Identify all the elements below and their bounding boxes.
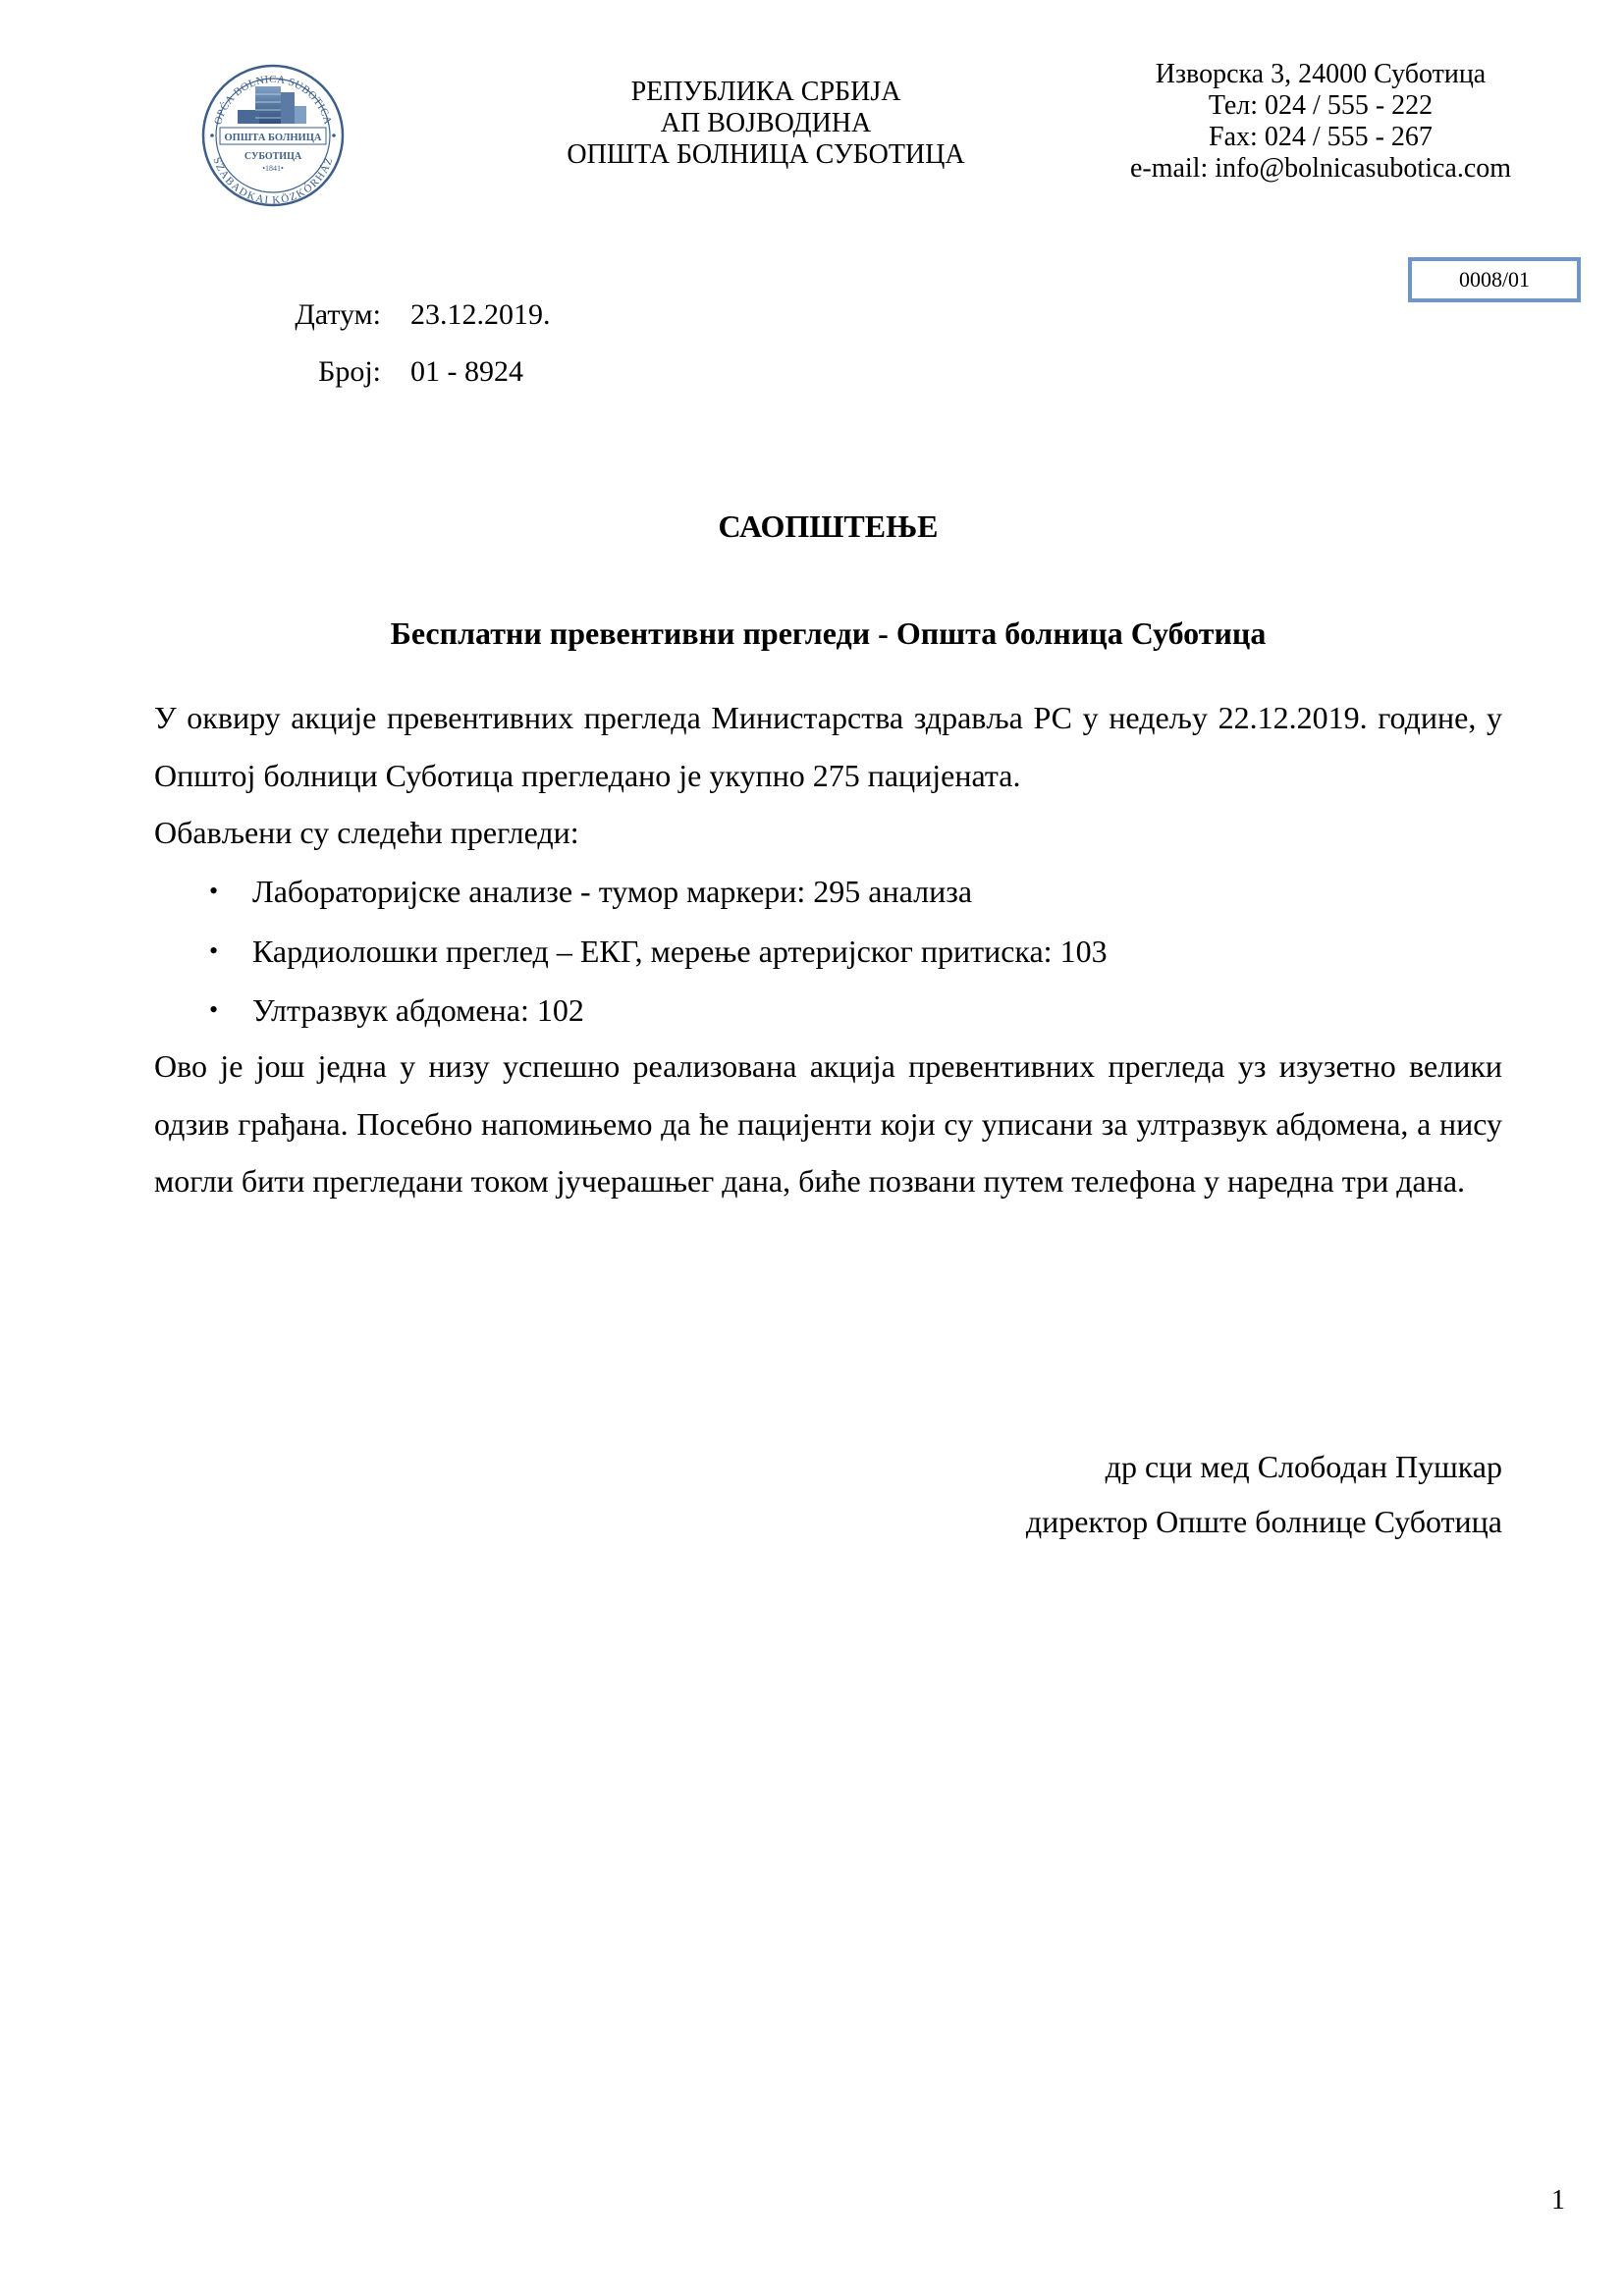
heading-line-hospital: ОПШТА БОЛНИЦА СУБОТИЦА bbox=[511, 139, 1021, 171]
date-value: 23.12.2019. bbox=[410, 298, 551, 332]
signatory-position: директор Опште болнице Суботица bbox=[884, 1494, 1502, 1549]
exam-list: • Лабораторијске анализе - тумор маркери… bbox=[154, 862, 1502, 1041]
institution-heading: РЕПУБЛИКА СРБИЈА АП ВОЈВОДИНА ОПШТА БОЛН… bbox=[511, 77, 1021, 171]
contact-phone: Тел: 024 / 555 - 222 bbox=[1100, 90, 1542, 122]
contact-email: e-mail: info@bolnicasubotica.com bbox=[1100, 153, 1542, 185]
contact-address: Изворска 3, 24000 Суботица bbox=[1100, 59, 1542, 90]
heading-line-province: АП ВОЈВОДИНА bbox=[511, 108, 1021, 139]
contact-block: Изворска 3, 24000 Суботица Тел: 024 / 55… bbox=[1100, 59, 1542, 185]
date-label: Датум: bbox=[0, 298, 381, 332]
exam-label: Кардиолошки преглед – ЕКГ, мерење артери… bbox=[252, 922, 1108, 982]
lead-paragraph: Обављени су следећи прегледи: bbox=[154, 804, 1502, 862]
bullet-icon: • bbox=[209, 922, 218, 982]
bullet-icon: • bbox=[209, 862, 218, 922]
signatory-name: др сци мед Слободан Пушкар bbox=[884, 1439, 1502, 1494]
document-subtitle: Бесплатни превентивни прегледи - Општа б… bbox=[154, 615, 1502, 651]
heading-line-republic: РЕПУБЛИКА СРБИЈА bbox=[511, 77, 1021, 108]
list-item: • Ултразвук абдомена: 102 bbox=[154, 981, 1502, 1041]
hospital-seal-logo: OPĆA BOLNICA SUBOTICA SZABADKAI KÖZKÓRHÁ… bbox=[200, 63, 346, 208]
list-item: • Лабораторијске анализе - тумор маркери… bbox=[154, 862, 1502, 922]
document-title: САОПШТЕЊЕ bbox=[154, 508, 1502, 544]
contact-fax: Fax: 024 / 555 - 267 bbox=[1100, 122, 1542, 153]
closing-paragraph: Ово је још једна у низу успешно реализов… bbox=[154, 1038, 1502, 1210]
number-label: Број: bbox=[0, 355, 381, 389]
svg-text:ОПШТА БОЛНИЦА: ОПШТА БОЛНИЦА bbox=[225, 133, 322, 143]
registry-code-box: 0008/01 bbox=[1408, 257, 1581, 302]
number-value: 01 - 8924 bbox=[410, 355, 523, 389]
exam-label: Лабораторијске анализе - тумор маркери: … bbox=[252, 862, 972, 922]
registry-code: 0008/01 bbox=[1459, 267, 1530, 293]
svg-text:•1841•: •1841• bbox=[262, 164, 284, 173]
bullet-icon: • bbox=[209, 981, 218, 1041]
page-number: 1 bbox=[1551, 2185, 1565, 2216]
svg-text:СУБОТИЦА: СУБОТИЦА bbox=[244, 151, 302, 162]
intro-paragraph: У оквиру акције превентивних прегледа Ми… bbox=[154, 689, 1502, 804]
signature-block: др сци мед Слободан Пушкар директор Општ… bbox=[884, 1439, 1502, 1549]
exam-label: Ултразвук абдомена: 102 bbox=[252, 981, 584, 1041]
list-item: • Кардиолошки преглед – ЕКГ, мерење арте… bbox=[154, 922, 1502, 982]
hospital-seal-icon: OPĆA BOLNICA SUBOTICA SZABADKAI KÖZKÓRHÁ… bbox=[200, 63, 346, 208]
